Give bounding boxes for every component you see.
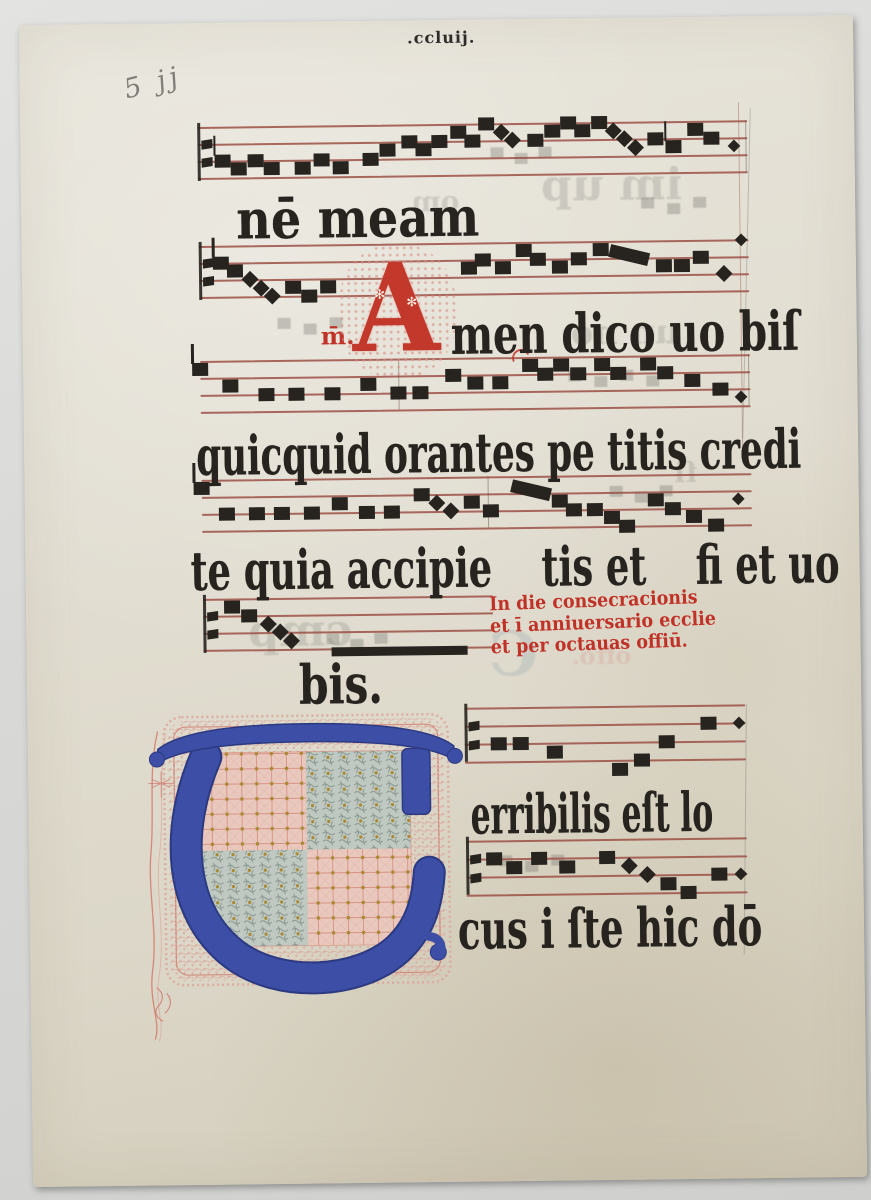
neume-square (415, 143, 431, 156)
neume-square (214, 154, 230, 167)
neume-square (704, 131, 720, 144)
neume-square (711, 867, 727, 880)
pencil-inscription: 5 jj (121, 61, 185, 106)
neume-square (464, 134, 480, 147)
neume-square (647, 132, 663, 145)
folio-number: .ccluij. (407, 28, 475, 48)
neume-square (708, 518, 724, 531)
neume-square (570, 367, 586, 380)
lyric-line-7: cus i ſte hic dō (458, 899, 763, 957)
neume-square (506, 861, 522, 874)
custos (728, 140, 741, 153)
neume-square (634, 753, 650, 766)
neume-square (431, 134, 447, 147)
neume-square (544, 125, 560, 138)
neume-square (574, 124, 590, 137)
music-layer (19, 15, 853, 25)
neume-square (599, 850, 615, 863)
neume-diamond (621, 857, 638, 874)
neume-square (494, 261, 510, 274)
neume-diamond (428, 494, 445, 511)
clef-square (203, 276, 214, 287)
staff-1 (197, 120, 748, 180)
neume-square (656, 259, 672, 272)
neume-square (492, 376, 508, 389)
neume-diamond (639, 866, 656, 883)
neume-square (701, 716, 717, 729)
neume-square (552, 260, 568, 273)
neume-square (331, 497, 347, 510)
neume-square (592, 243, 608, 256)
neume-square (483, 504, 499, 517)
neume-square (490, 737, 506, 750)
neume-square (530, 252, 546, 265)
clef-line (199, 242, 202, 300)
neume-square (412, 386, 428, 399)
neume-square (445, 368, 461, 381)
neume-square (247, 154, 263, 167)
neume-square (570, 252, 586, 265)
staff-line (201, 405, 751, 413)
rubric-block: In die consecracionis et ī anniuersario … (489, 585, 753, 659)
quatrefoil-icon: ✻ (374, 289, 385, 302)
clef-square (470, 853, 481, 864)
bleedthrough-neume (641, 197, 654, 208)
neume-square (559, 860, 575, 873)
neume-square (712, 382, 728, 395)
neume-square (294, 162, 310, 175)
neume-stem (664, 121, 667, 141)
staff-6 (464, 704, 746, 763)
staff-line (466, 873, 747, 878)
neume-square (537, 367, 553, 380)
bleedthrough-neume (304, 324, 317, 335)
staff-line (199, 290, 749, 298)
neume-square (460, 262, 476, 275)
neume-square (264, 162, 280, 175)
neume-square (301, 289, 317, 302)
neume-square (528, 133, 544, 146)
neume-square (531, 851, 547, 864)
neume-square (363, 152, 379, 165)
neume-square (289, 387, 305, 400)
neume-square (231, 162, 247, 175)
neume-square (384, 505, 400, 518)
manuscript-page: .ccluij. 5 jj im upomun noſicmpoffo.C nē… (19, 15, 867, 1187)
clef-square (469, 740, 480, 751)
neume-square (478, 117, 494, 130)
neume-square (475, 253, 491, 266)
neume-square (463, 496, 479, 509)
neume-stem (191, 344, 194, 364)
neume-square (659, 735, 675, 748)
clef-line (197, 123, 200, 181)
neume-square (219, 507, 235, 520)
neume-square (223, 379, 239, 392)
clef-line (203, 595, 206, 653)
neume-square (192, 363, 208, 376)
clef-square (207, 611, 218, 622)
neume-square (665, 140, 681, 153)
neume-square (610, 366, 626, 379)
custos (733, 716, 746, 729)
staff-barline (745, 120, 747, 171)
neume-oblique (608, 244, 650, 266)
bleedthrough-neume (667, 203, 680, 214)
neume-square (304, 506, 320, 519)
lyric-line-2: men dico uo biſ (450, 304, 799, 362)
neume-square (320, 280, 336, 293)
neume-square (274, 506, 290, 519)
neume-square (467, 376, 483, 389)
neume-square (686, 510, 702, 523)
bleedthrough-layer: im upomun noſicmpoffo.C (19, 15, 853, 25)
neume-square (285, 281, 301, 294)
lyric-line-3: quicquid orantes pe titis credi (196, 422, 802, 483)
neume-square (604, 511, 620, 524)
clef-square (202, 157, 213, 168)
clef-square (201, 139, 212, 150)
custos (734, 867, 747, 880)
bleedthrough-neume (693, 197, 706, 208)
neume-square (661, 877, 677, 890)
neume-square (657, 366, 673, 379)
neume-square (551, 494, 567, 507)
neume-square (390, 386, 406, 399)
staff-line (203, 629, 493, 634)
bleedthrough-neume (278, 318, 291, 329)
clef-square (207, 629, 218, 640)
neume-square (687, 123, 703, 136)
lyric-line-6: erribilis eſt lo (470, 785, 713, 842)
neume-square (486, 852, 502, 865)
neume-square (547, 745, 563, 758)
illuminated-initial-t (143, 684, 473, 1044)
neume-diamond (716, 265, 733, 282)
neume-diamond (442, 502, 459, 519)
staff-5 (203, 595, 494, 652)
neume-stem (192, 463, 195, 483)
neume-square (359, 505, 375, 518)
neume-square (665, 502, 681, 515)
illuminated-initial-a: A (352, 246, 441, 369)
neume-square (587, 503, 603, 516)
neume-square (692, 250, 708, 263)
neume-square (227, 264, 243, 277)
custos (735, 390, 748, 403)
neume-square (333, 161, 349, 174)
neume-square (612, 762, 628, 775)
staff-line (198, 154, 748, 162)
neume-square (258, 388, 274, 401)
neume-square (647, 493, 663, 506)
neume-square (414, 488, 430, 501)
neume-stem (213, 135, 216, 155)
neume-square (324, 387, 340, 400)
clef-square (470, 873, 481, 884)
custos (732, 493, 745, 506)
neume-square (241, 609, 257, 622)
neume-square (674, 259, 690, 272)
neume-square (379, 144, 395, 157)
clef-square (468, 720, 479, 731)
custos (734, 233, 747, 246)
neume-square (591, 115, 607, 128)
neume-square (313, 153, 329, 166)
neume-square (515, 244, 531, 257)
staff-line (465, 758, 746, 763)
neume-square (249, 507, 265, 520)
neume-stem (212, 237, 215, 257)
neume-square (513, 736, 529, 749)
neume-square (566, 503, 582, 516)
neume-square (619, 519, 635, 532)
staff-line (465, 740, 746, 745)
quatrefoil-icon: ✻ (406, 296, 417, 309)
staff-line (464, 704, 745, 709)
staff-line (202, 524, 752, 532)
neume-square (684, 374, 700, 387)
